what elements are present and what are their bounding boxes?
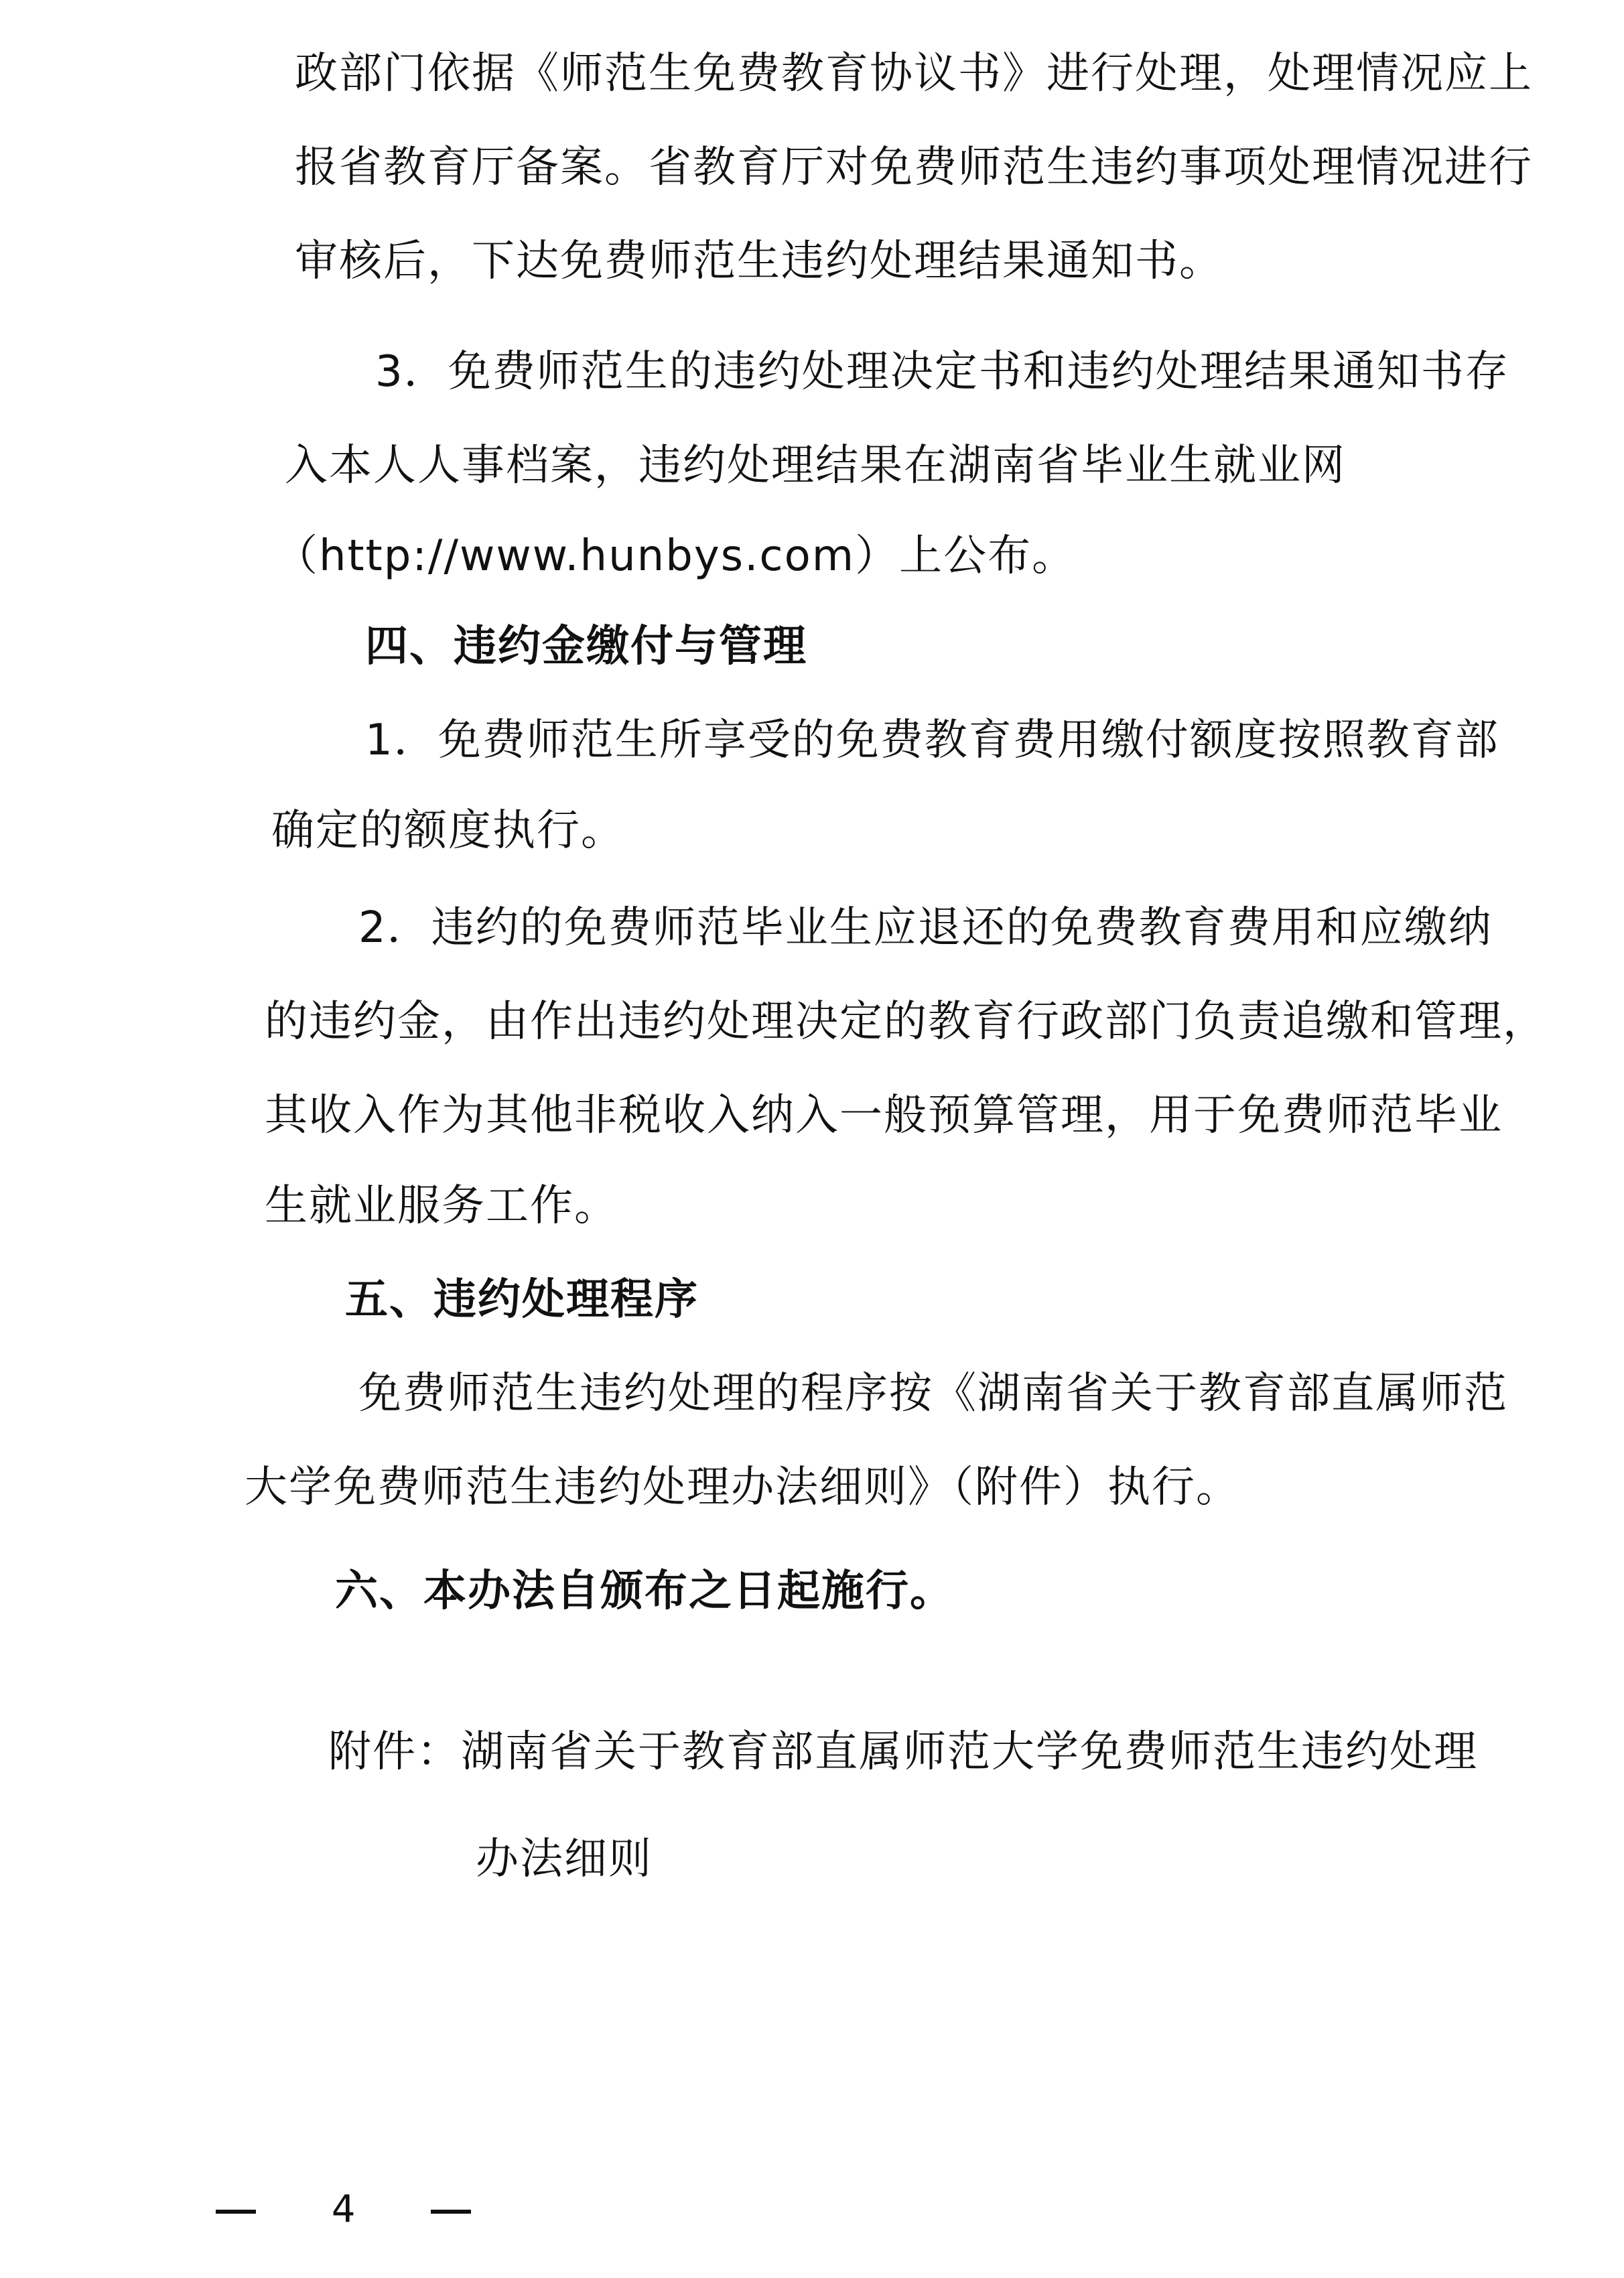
text-line-15: 大学免费师范生违约处理办法细则》（附件）执行。: [245, 1461, 1240, 1514]
text-line-3: 审核后，下达免费师范生违约处理结果通知书。: [295, 234, 1223, 288]
text-line-11: 其收入作为其他非税收入纳入一般预算管理，用于免费师范毕业: [265, 1089, 1503, 1142]
text-line-2: 报省教育厅备案。省教育厅对免费师范生违约事项处理情况进行: [295, 141, 1533, 194]
text-line-9: 2．违约的免费师范毕业生应退还的免费教育费用和应缴纳: [358, 901, 1493, 955]
section-heading-4: 四、违约金缴付与管理: [365, 620, 807, 673]
attachment-line-cont: 办法细则: [476, 1832, 653, 1886]
text-line-1: 政部门依据《师范生免费教育协议书》进行处理，处理情况应上: [295, 47, 1533, 100]
dash-left: [216, 2210, 256, 2214]
section-heading-6: 六、本办法自颁布之日起施行。: [335, 1564, 954, 1618]
text-line-14: 免费师范生违约处理的程序按《湖南省关于教育部直属师范: [358, 1367, 1508, 1420]
text-line-5: 入本人人事档案，违约处理结果在湖南省毕业生就业网: [285, 439, 1346, 492]
text-line-7: 1．免费师范生所享受的免费教育费用缴付额度按照教育部: [365, 714, 1499, 767]
text-line-8: 确定的额度执行。: [271, 804, 625, 858]
dash-right: [431, 2210, 471, 2214]
section-heading-5: 五、违约处理程序: [345, 1273, 699, 1327]
page-number: 4: [332, 2188, 356, 2231]
text-line-4: 3．免费师范生的违约处理决定书和违约处理结果通知书存: [375, 345, 1509, 399]
text-line-10: 的违约金，由作出违约处理决定的教育行政部门负责追缴和管理，: [265, 995, 1547, 1049]
page-footer: 4: [216, 2186, 471, 2233]
url-line: （http://www.hunbys.com）上公布。: [275, 529, 1076, 583]
text-line-12: 生就业服务工作。: [265, 1179, 618, 1233]
attachment-line: 附件：湖南省关于教育部直属师范大学免费师范生违约处理: [328, 1725, 1478, 1779]
